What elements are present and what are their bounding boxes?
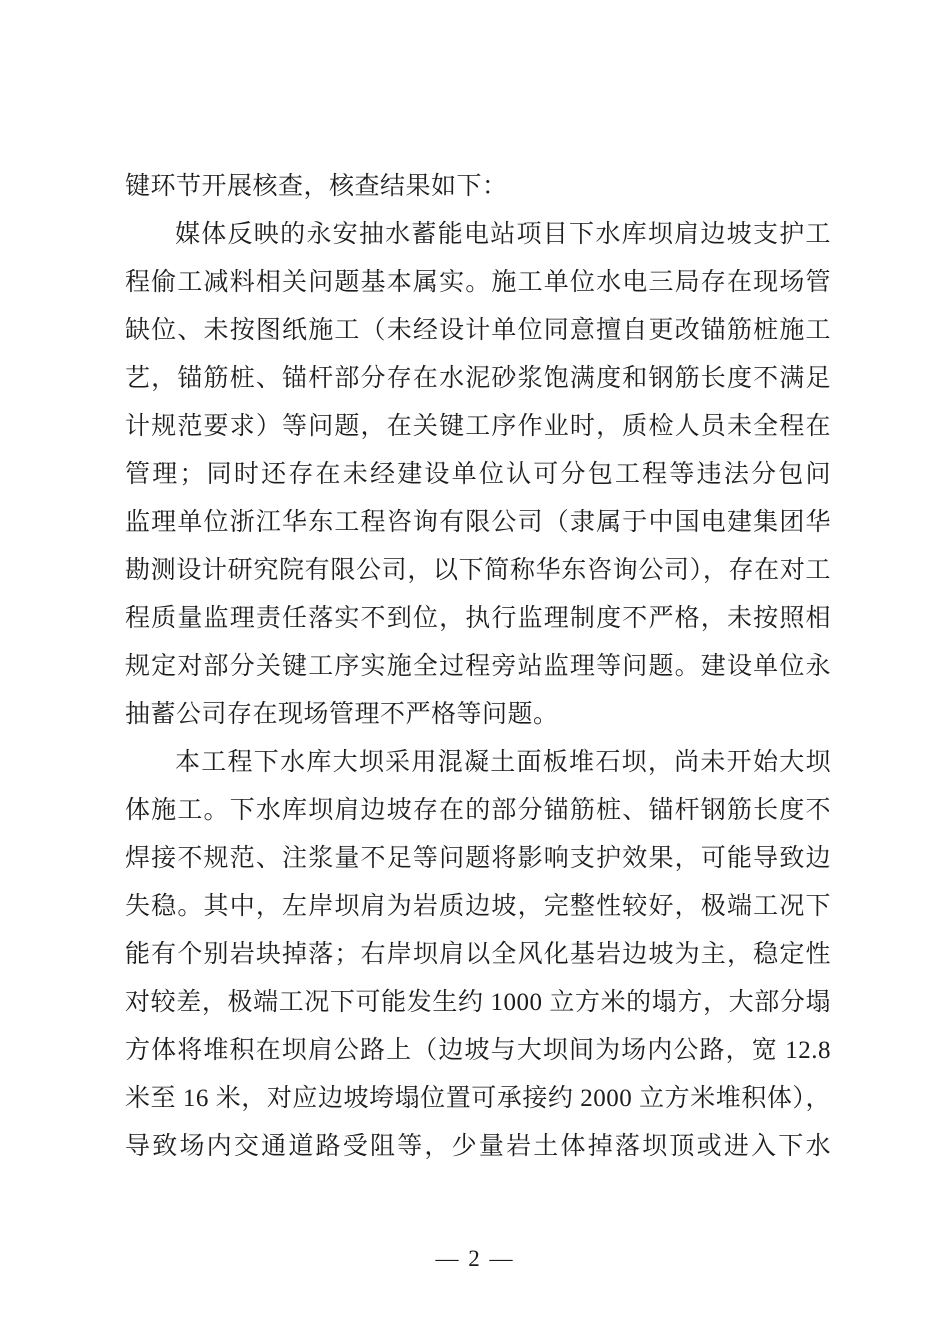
text-line: 米至 16 米，对应边坡垮塌位置可承接约 2000 立方米堆积体）， — [125, 1075, 831, 1123]
text-line: 勘测设计研究院有限公司，以下简称华东咨询公司），存在对工 — [125, 547, 831, 595]
document-page: 键环节开展核查，核查结果如下： 媒体反映的永安抽水蓄能电站项目下水库坝肩边坡支护… — [0, 0, 950, 1343]
text-line: 监理单位浙江华东工程咨询有限公司（隶属于中国电建集团华东 — [125, 499, 831, 547]
text-line: 媒体反映的永安抽水蓄能电站项目下水库坝肩边坡支护工 — [125, 211, 831, 259]
text-line: 程质量监理责任落实不到位，执行监理制度不严格，未按照相关 — [125, 595, 831, 643]
text-line: 缺位、未按图纸施工（未经设计单位同意擅自更改锚筋桩施工工 — [125, 307, 831, 355]
text-line: 抽蓄公司存在现场管理不严格等问题。 — [125, 691, 831, 739]
page-number: — 2 — — [0, 1242, 950, 1276]
text-line: 对较差，极端工况下可能发生约 1000 立方米的塌方，大部分塌 — [125, 979, 831, 1027]
text-line: 本工程下水库大坝采用混凝土面板堆石坝，尚未开始大坝主 — [125, 739, 831, 787]
text-line: 计规范要求）等问题，在关键工序作业时，质检人员未全程在场 — [125, 403, 831, 451]
text-line: 失稳。其中，左岸坝肩为岩质边坡，完整性较好，极端工况下可 — [125, 883, 831, 931]
text-line: 程偷工减料相关问题基本属实。施工单位水电三局存在现场管理 — [125, 259, 831, 307]
text-line: 规定对部分关键工序实施全过程旁站监理等问题。建设单位永安 — [125, 643, 831, 691]
text-line: 方体将堆积在坝肩公路上（边坡与大坝间为场内公路，宽 12.8 — [125, 1027, 831, 1075]
text-line: 管理；同时还存在未经建设单位认可分包工程等违法分包问题。 — [125, 451, 831, 499]
text-line: 焊接不规范、注浆量不足等问题将影响支护效果，可能导致边坡 — [125, 835, 831, 883]
text-line: 键环节开展核查，核查结果如下： — [125, 163, 831, 211]
text-line: 导致场内交通道路受阻等，少量岩土体掉落坝顶或进入下水库， — [125, 1123, 831, 1171]
text-line: 艺，锚筋桩、锚杆部分存在水泥砂浆饱满度和钢筋长度不满足设 — [125, 355, 831, 403]
text-line: 体施工。下水库坝肩边坡存在的部分锚筋桩、锚杆钢筋长度不足、 — [125, 787, 831, 835]
text-line: 能有个别岩块掉落；右岸坝肩以全风化基岩边坡为主，稳定性相 — [125, 931, 831, 979]
body-text: 键环节开展核查，核查结果如下： 媒体反映的永安抽水蓄能电站项目下水库坝肩边坡支护… — [125, 163, 831, 1171]
